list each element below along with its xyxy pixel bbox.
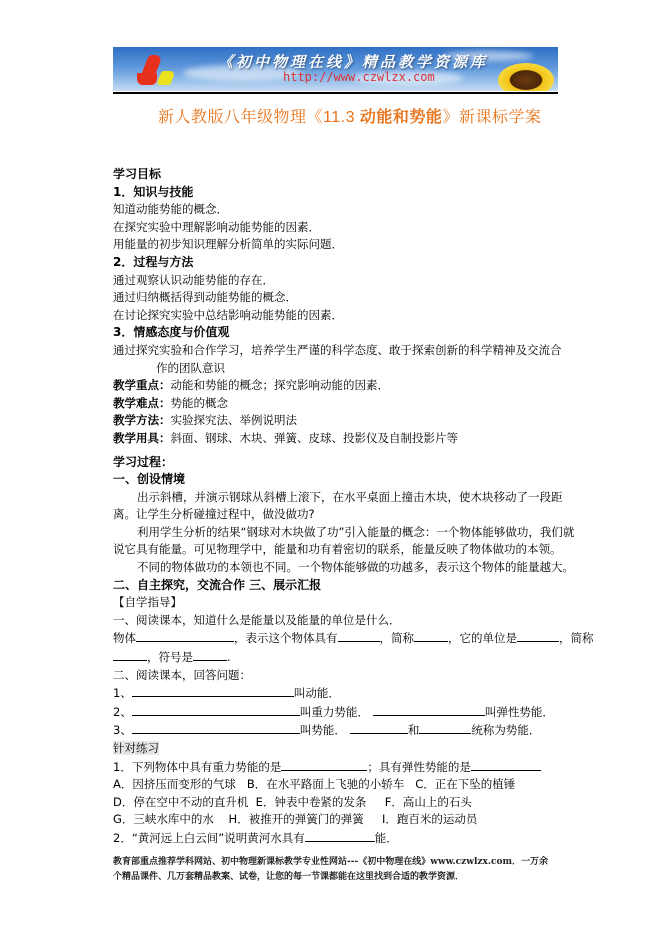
fill-blank[interactable] xyxy=(132,721,300,734)
q2-text: 叫弹性势能． xyxy=(485,705,554,719)
q1-line-1: 物体，表示这个物体具有，简称，它的单位是，简称 xyxy=(113,629,578,648)
fill-blank[interactable] xyxy=(517,629,559,642)
banner-title: 《初中物理在线》精品教学资源库 xyxy=(218,51,488,72)
title-number: 11.3 xyxy=(323,109,360,126)
section1-heading: 一、创设情境 xyxy=(113,471,578,489)
option-g: G．三峡水库中的水 xyxy=(113,812,214,826)
section1-paragraph: 出示斜槽，并演示钢球从斜槽上滚下，在水平桌面上撞击木块，使木块移动了一段距离。让… xyxy=(113,489,578,524)
objective-item: 知道动能势能的概念． xyxy=(113,201,578,219)
section1-paragraph: 不同的物体做功的本领也不同。一个物体能够做的功越多，表示这个物体的能量越大。 xyxy=(113,559,578,577)
q1-text: ，它的单位是 xyxy=(448,631,517,645)
difficulty-value: 势能的概念 xyxy=(171,396,229,410)
q2-text: 叫动能． xyxy=(294,686,340,700)
option-d: D．停在空中不动的直升机 xyxy=(113,795,248,809)
fill-blank[interactable] xyxy=(373,703,485,716)
fill-blank[interactable] xyxy=(414,629,448,642)
focus-value: 动能和势能的概念；探究影响动能的因素． xyxy=(171,378,390,392)
q2-item-3: 3、叫势能．和统称为势能． xyxy=(113,721,578,740)
objective-item: 通过归纳概括得到动能势能的概念． xyxy=(113,289,578,307)
q2-num: 2、 xyxy=(113,705,132,719)
q2-num: 1、 xyxy=(113,686,132,700)
practice-text: 1．下列物体中具有重力势能的是 xyxy=(113,760,281,774)
option-a: A．因挤压而变形的气球 xyxy=(113,777,236,791)
objective-item: 在讨论探究实验中总结影响动能势能的因素． xyxy=(113,307,578,325)
emotion-line-1: 通过探究实验和合作学习，培养学生严谨的科学态度、敢于探索创新的科学精神及交流合 xyxy=(113,342,578,360)
difficulty-label: 教学难点： xyxy=(113,396,171,410)
tools-label: 教学用具： xyxy=(113,431,171,445)
self-study-heading: 【自学指导】 xyxy=(113,594,578,612)
q2-text: 和 xyxy=(408,723,420,737)
sunflower-icon xyxy=(498,63,554,91)
fill-blank[interactable] xyxy=(132,703,300,716)
page-title: 新人教版八年级物理《11.3 动能和势能》新课标学案 xyxy=(158,104,541,127)
practice-heading: 针对练习 xyxy=(113,740,578,758)
fill-blank[interactable] xyxy=(338,629,380,642)
title-prefix: 新人教版八年级物理《 xyxy=(158,107,323,126)
q2-text: 叫势能． xyxy=(300,723,346,737)
emotion-line-2: 作的团队意识 xyxy=(113,360,578,378)
tools-value: 斜面、钢球、木块、弹簧、皮球、投影仪及自制投影片等 xyxy=(171,431,459,445)
practice-heading-label: 针对练习 xyxy=(113,741,159,755)
teaching-focus: 教学重点：动能和势能的概念；探究影响动能的因素． xyxy=(113,377,578,395)
fill-blank[interactable] xyxy=(136,629,234,642)
objective-item: 通过观察认识动能势能的存在． xyxy=(113,272,578,290)
teaching-difficulty: 教学难点：势能的概念 xyxy=(113,395,578,413)
knowledge-heading: 1．知识与技能 xyxy=(113,184,578,202)
title-suffix: 》新课标学案 xyxy=(442,107,541,126)
practice-options-row: A．因挤压而变形的气球 B．在水平路面上飞驰的小轿车 C．正在下坠的植锤 xyxy=(113,776,578,794)
option-i: I．跑百米的运动员 xyxy=(382,812,477,826)
objectives-heading: 学习目标 xyxy=(113,166,578,184)
fill-blank[interactable] xyxy=(281,758,367,771)
q2-num: 3、 xyxy=(113,723,132,737)
fill-blank[interactable] xyxy=(471,758,541,771)
practice-options-row: G．三峡水库中的水 H．被推开的弹簧门的弹簧 I．跑百米的运动员 xyxy=(113,811,578,829)
q1-intro: 一、阅读课本，知道什么是能量以及能量的单位是什么． xyxy=(113,612,578,630)
q1-text: ，符号是 xyxy=(147,650,193,664)
practice-text: 能． xyxy=(375,831,398,845)
fill-blank[interactable] xyxy=(193,648,227,661)
document-body: 学习目标 1．知识与技能 知道动能势能的概念． 在探究实验中理解影响动能势能的因… xyxy=(113,166,578,848)
objective-item: 在探究实验中理解影响动能势能的因素． xyxy=(113,219,578,237)
practice-text: ；具有弹性势能的是 xyxy=(367,760,471,774)
q1-text: 物体 xyxy=(113,631,136,645)
method-value: 实验探究法、举例说明法 xyxy=(171,413,298,427)
process-method-heading: 2．过程与方法 xyxy=(113,254,578,272)
q2-text: 统称为势能． xyxy=(471,723,540,737)
q1-text: ，简称 xyxy=(559,631,594,645)
section1-paragraph: 利用学生分析的结果“钢球对木块做了功”引入能量的概念：一个物体能够做功，我们就说… xyxy=(113,524,578,559)
option-e: E．钟表中卷紧的发条 xyxy=(256,795,367,809)
section2-heading: 二、自主探究，交流合作 三、展示汇报 xyxy=(113,577,578,595)
page-footer: 教育部重点推荐学科网站、初中物理新课标教学专业性网站---《初中物理在线》www… xyxy=(113,855,583,885)
emotion-heading: 3．情感态度与价值观 xyxy=(113,324,578,342)
teaching-method: 教学方法：实验探究法、举例说明法 xyxy=(113,412,578,430)
option-h: H．被推开的弹簧门的弹簧 xyxy=(229,812,364,826)
option-f: F．高山上的石头 xyxy=(385,795,472,809)
q1-text: ，简称 xyxy=(380,631,415,645)
focus-label: 教学重点： xyxy=(113,378,171,392)
fill-blank[interactable] xyxy=(419,721,471,734)
fill-blank[interactable] xyxy=(305,829,375,842)
option-b: B．在水平路面上飞驰的小轿车 xyxy=(247,777,404,791)
footer-line-2: 个精品课件、几万套精品教案、试卷，让您的每一节课都能在这里找到合适的教学资源． xyxy=(113,870,583,885)
practice-text: 2．“黄河远上白云间”说明黄河水具有 xyxy=(113,831,305,845)
q1-text: ，表示这个物体具有 xyxy=(234,631,338,645)
q2-item-1: 1、叫动能． xyxy=(113,684,578,703)
banner-divider xyxy=(113,92,558,94)
q2-text: 叫重力势能． xyxy=(300,705,369,719)
learning-process-heading: 学习过程： xyxy=(113,454,578,472)
practice-options-row: D．停在空中不动的直升机 E．钟表中卷紧的发条 F．高山上的石头 xyxy=(113,794,578,812)
practice-q2: 2．“黄河远上白云间”说明黄河水具有能． xyxy=(113,829,578,848)
method-label: 教学方法： xyxy=(113,413,171,427)
fill-blank[interactable] xyxy=(113,648,147,661)
q2-intro: 二、阅读课本，回答问题： xyxy=(113,667,578,685)
option-c: C．正在下坠的植锤 xyxy=(415,777,515,791)
practice-q1: 1．下列物体中具有重力势能的是；具有弹性势能的是 xyxy=(113,758,578,777)
q1-line-2: ，符号是. xyxy=(113,648,578,667)
objective-item: 用能量的初步知识理解分析简单的实际问题． xyxy=(113,236,578,254)
fill-blank[interactable] xyxy=(350,721,408,734)
title-topic: 动能和势能 xyxy=(360,107,443,126)
fill-blank[interactable] xyxy=(132,684,294,697)
banner-url: http://www.czwlzx.com xyxy=(283,70,435,84)
q1-text: . xyxy=(227,650,231,664)
q2-item-2: 2、叫重力势能．叫弹性势能． xyxy=(113,703,578,722)
site-banner: 《初中物理在线》精品教学资源库 http://www.czwlzx.com xyxy=(113,47,558,91)
teaching-tools: 教学用具：斜面、钢球、木块、弹簧、皮球、投影仪及自制投影片等 xyxy=(113,430,578,448)
footer-line-1: 教育部重点推荐学科网站、初中物理新课标教学专业性网站---《初中物理在线》www… xyxy=(113,855,583,870)
